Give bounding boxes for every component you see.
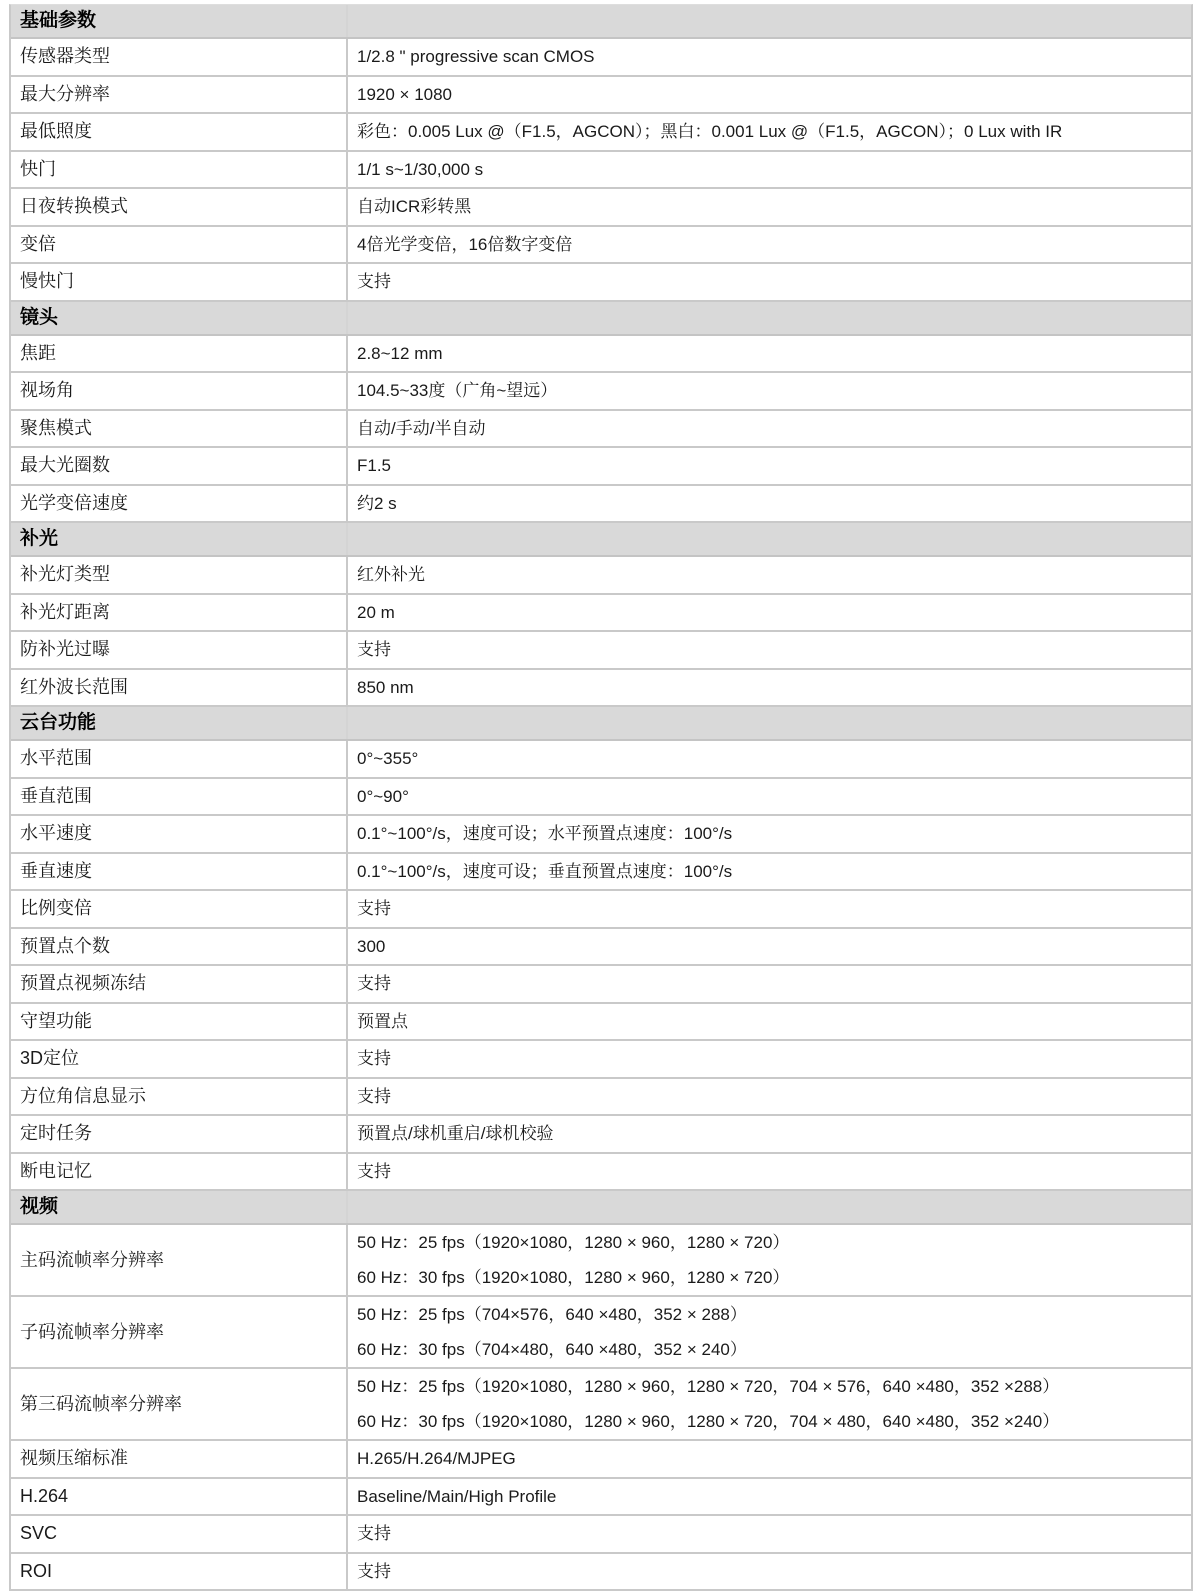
spec-row: 防补光过曝支持 bbox=[11, 632, 1191, 670]
spec-value-line: 60 Hz：30 fps（1920×1080，1280 × 960，1280 ×… bbox=[357, 1404, 1183, 1439]
spec-label: 快门 bbox=[11, 152, 348, 188]
spec-value: 50 Hz：25 fps（1920×1080，1280 × 960，1280 ×… bbox=[348, 1225, 1191, 1295]
spec-value-line: F1.5 bbox=[357, 448, 1183, 483]
spec-row: H.264Baseline/Main/High Profile bbox=[11, 1479, 1191, 1517]
spec-label: 防补光过曝 bbox=[11, 632, 348, 668]
spec-label: 日夜转换模式 bbox=[11, 189, 348, 225]
spec-label: 视频压缩标准 bbox=[11, 1441, 348, 1477]
spec-value: F1.5 bbox=[348, 448, 1191, 484]
section-header-spacer bbox=[348, 523, 1191, 555]
spec-label: 3D定位 bbox=[11, 1041, 348, 1077]
spec-label: 传感器类型 bbox=[11, 39, 348, 75]
spec-value-line: 预置点/球机重启/球机校验 bbox=[357, 1116, 1183, 1151]
spec-label: 水平速度 bbox=[11, 816, 348, 852]
spec-value: 20 m bbox=[348, 595, 1191, 631]
spec-row: 快门1/1 s~1/30,000 s bbox=[11, 152, 1191, 190]
spec-value: 支持 bbox=[348, 1079, 1191, 1115]
spec-row: 红外波长范围850 nm bbox=[11, 670, 1191, 708]
spec-value-line: Baseline/Main/High Profile bbox=[357, 1479, 1183, 1514]
spec-label: 慢快门 bbox=[11, 264, 348, 300]
spec-value: 1920 × 1080 bbox=[348, 77, 1191, 113]
section-header-spacer bbox=[348, 707, 1191, 739]
spec-label: 焦距 bbox=[11, 336, 348, 372]
spec-value-line: 0.1°~100°/s，速度可设；垂直预置点速度：100°/s bbox=[357, 854, 1183, 889]
section-title: 基础参数 bbox=[11, 5, 348, 37]
spec-value: 预置点 bbox=[348, 1004, 1191, 1040]
section-header-row: 镜头 bbox=[11, 302, 1191, 336]
spec-row: 断电记忆支持 bbox=[11, 1154, 1191, 1192]
spec-value: 支持 bbox=[348, 264, 1191, 300]
spec-value-line: 20 m bbox=[357, 595, 1183, 630]
spec-value: 支持 bbox=[348, 1554, 1191, 1590]
spec-row: 水平范围0°~355° bbox=[11, 741, 1191, 779]
spec-value: 约2 s bbox=[348, 486, 1191, 522]
spec-row: SVC支持 bbox=[11, 1516, 1191, 1554]
spec-row: 守望功能预置点 bbox=[11, 1004, 1191, 1042]
spec-row: 3D定位支持 bbox=[11, 1041, 1191, 1079]
spec-value-line: 自动/手动/半自动 bbox=[357, 411, 1183, 446]
section-header-row: 视频 bbox=[11, 1191, 1191, 1225]
spec-value-line: 50 Hz：25 fps（1920×1080，1280 × 960，1280 ×… bbox=[357, 1225, 1183, 1260]
spec-row: 补光灯类型红外补光 bbox=[11, 557, 1191, 595]
spec-label: 定时任务 bbox=[11, 1116, 348, 1152]
spec-value: 300 bbox=[348, 929, 1191, 965]
spec-label: 补光灯类型 bbox=[11, 557, 348, 593]
spec-value-line: 支持 bbox=[357, 1154, 1183, 1189]
spec-value: 支持 bbox=[348, 966, 1191, 1002]
spec-row: 视场角104.5~33度（广角~望远） bbox=[11, 373, 1191, 411]
spec-value-line: 支持 bbox=[357, 1079, 1183, 1114]
spec-value-line: 彩色：0.005 Lux @（F1.5，AGCON）；黑白：0.001 Lux … bbox=[357, 114, 1183, 149]
spec-value: 支持 bbox=[348, 891, 1191, 927]
spec-value-line: 0.1°~100°/s，速度可设；水平预置点速度：100°/s bbox=[357, 816, 1183, 851]
section-title: 补光 bbox=[11, 523, 348, 555]
spec-value: 预置点/球机重启/球机校验 bbox=[348, 1116, 1191, 1152]
section-header-row: 基础参数 bbox=[11, 5, 1191, 39]
spec-value: 支持 bbox=[348, 1154, 1191, 1190]
spec-value-line: 60 Hz：30 fps（1920×1080，1280 × 960，1280 ×… bbox=[357, 1260, 1183, 1295]
spec-row: 慢快门支持 bbox=[11, 264, 1191, 302]
section-title: 镜头 bbox=[11, 302, 348, 334]
spec-value: 自动/手动/半自动 bbox=[348, 411, 1191, 447]
spec-value-line: 支持 bbox=[357, 1554, 1183, 1589]
spec-label: 垂直范围 bbox=[11, 779, 348, 815]
spec-label: 最大分辨率 bbox=[11, 77, 348, 113]
spec-value-line: 支持 bbox=[357, 632, 1183, 667]
spec-label: 守望功能 bbox=[11, 1004, 348, 1040]
spec-value: 红外补光 bbox=[348, 557, 1191, 593]
spec-value: 50 Hz：25 fps（1920×1080，1280 × 960，1280 ×… bbox=[348, 1369, 1191, 1439]
spec-label: 最大光圈数 bbox=[11, 448, 348, 484]
spec-value: Baseline/Main/High Profile bbox=[348, 1479, 1191, 1515]
spec-row: 水平速度0.1°~100°/s，速度可设；水平预置点速度：100°/s bbox=[11, 816, 1191, 854]
spec-value-line: 4倍光学变倍，16倍数字变倍 bbox=[357, 227, 1183, 262]
spec-label: H.264 bbox=[11, 1479, 348, 1515]
spec-value: 50 Hz：25 fps（704×576，640 ×480，352 × 288）… bbox=[348, 1297, 1191, 1367]
spec-value-line: 50 Hz：25 fps（704×576，640 ×480，352 × 288） bbox=[357, 1297, 1183, 1332]
spec-row: ROI支持 bbox=[11, 1554, 1191, 1592]
spec-value: 支持 bbox=[348, 1041, 1191, 1077]
spec-value-line: 约2 s bbox=[357, 486, 1183, 521]
spec-value: 0°~90° bbox=[348, 779, 1191, 815]
spec-label: 补光灯距离 bbox=[11, 595, 348, 631]
spec-label: ROI bbox=[11, 1554, 348, 1590]
spec-row: 垂直范围0°~90° bbox=[11, 779, 1191, 817]
spec-row: 第三码流帧率分辨率50 Hz：25 fps（1920×1080，1280 × 9… bbox=[11, 1369, 1191, 1441]
spec-label: 视场角 bbox=[11, 373, 348, 409]
spec-label: 预置点视频冻结 bbox=[11, 966, 348, 1002]
spec-label: 红外波长范围 bbox=[11, 670, 348, 706]
spec-row: 视频压缩标准H.265/H.264/MJPEG bbox=[11, 1441, 1191, 1479]
spec-value-line: 1/1 s~1/30,000 s bbox=[357, 152, 1183, 187]
section-header-row: 云台功能 bbox=[11, 707, 1191, 741]
spec-value: 104.5~33度（广角~望远） bbox=[348, 373, 1191, 409]
spec-label: 最低照度 bbox=[11, 114, 348, 150]
spec-label: SVC bbox=[11, 1516, 348, 1552]
spec-value: 850 nm bbox=[348, 670, 1191, 706]
spec-value-line: 1/2.8 " progressive scan CMOS bbox=[357, 39, 1183, 74]
spec-value-line: 支持 bbox=[357, 966, 1183, 1001]
spec-row: 补光灯距离20 m bbox=[11, 595, 1191, 633]
spec-label: 光学变倍速度 bbox=[11, 486, 348, 522]
spec-row: 子码流帧率分辨率50 Hz：25 fps（704×576，640 ×480，35… bbox=[11, 1297, 1191, 1369]
spec-row: 预置点个数300 bbox=[11, 929, 1191, 967]
spec-label: 预置点个数 bbox=[11, 929, 348, 965]
section-title: 视频 bbox=[11, 1191, 348, 1223]
spec-row: 方位角信息显示支持 bbox=[11, 1079, 1191, 1117]
spec-value-line: 预置点 bbox=[357, 1004, 1183, 1039]
spec-value-line: 支持 bbox=[357, 1041, 1183, 1076]
spec-value-line: 支持 bbox=[357, 264, 1183, 299]
spec-label: 比例变倍 bbox=[11, 891, 348, 927]
spec-label: 聚焦模式 bbox=[11, 411, 348, 447]
spec-label: 子码流帧率分辨率 bbox=[11, 1297, 348, 1367]
spec-row: 最大分辨率1920 × 1080 bbox=[11, 77, 1191, 115]
spec-row: 聚焦模式自动/手动/半自动 bbox=[11, 411, 1191, 449]
spec-value-line: 60 Hz：30 fps（704×480，640 ×480，352 × 240） bbox=[357, 1332, 1183, 1367]
spec-value: 4倍光学变倍，16倍数字变倍 bbox=[348, 227, 1191, 263]
spec-row: 光学变倍速度约2 s bbox=[11, 486, 1191, 524]
spec-value-line: 支持 bbox=[357, 1516, 1183, 1551]
spec-label: 方位角信息显示 bbox=[11, 1079, 348, 1115]
spec-value-line: H.265/H.264/MJPEG bbox=[357, 1441, 1183, 1476]
spec-value-line: 300 bbox=[357, 929, 1183, 964]
spec-value: 0°~355° bbox=[348, 741, 1191, 777]
spec-value-line: 104.5~33度（广角~望远） bbox=[357, 373, 1183, 408]
spec-row: 垂直速度0.1°~100°/s，速度可设；垂直预置点速度：100°/s bbox=[11, 854, 1191, 892]
section-header-spacer bbox=[348, 302, 1191, 334]
spec-value: 0.1°~100°/s，速度可设；水平预置点速度：100°/s bbox=[348, 816, 1191, 852]
spec-value-line: 850 nm bbox=[357, 670, 1183, 705]
spec-value: 1/1 s~1/30,000 s bbox=[348, 152, 1191, 188]
spec-label: 变倍 bbox=[11, 227, 348, 263]
spec-row: 变倍4倍光学变倍，16倍数字变倍 bbox=[11, 227, 1191, 265]
spec-value-line: 支持 bbox=[357, 891, 1183, 926]
spec-value: 0.1°~100°/s，速度可设；垂直预置点速度：100°/s bbox=[348, 854, 1191, 890]
spec-value-line: 50 Hz：25 fps（1920×1080，1280 × 960，1280 ×… bbox=[357, 1369, 1183, 1404]
spec-row: 传感器类型1/2.8 " progressive scan CMOS bbox=[11, 39, 1191, 77]
spec-value-line: 自动ICR彩转黑 bbox=[357, 189, 1183, 224]
spec-row: 最大光圈数F1.5 bbox=[11, 448, 1191, 486]
spec-value: 1/2.8 " progressive scan CMOS bbox=[348, 39, 1191, 75]
spec-value: 支持 bbox=[348, 632, 1191, 668]
section-header-row: 补光 bbox=[11, 523, 1191, 557]
spec-label: 主码流帧率分辨率 bbox=[11, 1225, 348, 1295]
spec-value: 自动ICR彩转黑 bbox=[348, 189, 1191, 225]
spec-row: 预置点视频冻结支持 bbox=[11, 966, 1191, 1004]
spec-row: 焦距2.8~12 mm bbox=[11, 336, 1191, 374]
section-title: 云台功能 bbox=[11, 707, 348, 739]
spec-row: 最低照度彩色：0.005 Lux @（F1.5，AGCON）；黑白：0.001 … bbox=[11, 114, 1191, 152]
section-header-spacer bbox=[348, 5, 1191, 37]
spec-value-line: 0°~90° bbox=[357, 779, 1183, 814]
spec-row: 定时任务预置点/球机重启/球机校验 bbox=[11, 1116, 1191, 1154]
spec-value-line: 2.8~12 mm bbox=[357, 336, 1183, 371]
spec-value: H.265/H.264/MJPEG bbox=[348, 1441, 1191, 1477]
spec-table: 基础参数传感器类型1/2.8 " progressive scan CMOS最大… bbox=[9, 4, 1193, 1591]
spec-value: 彩色：0.005 Lux @（F1.5，AGCON）；黑白：0.001 Lux … bbox=[348, 114, 1191, 150]
spec-label: 断电记忆 bbox=[11, 1154, 348, 1190]
spec-label: 垂直速度 bbox=[11, 854, 348, 890]
spec-row: 日夜转换模式自动ICR彩转黑 bbox=[11, 189, 1191, 227]
spec-label: 第三码流帧率分辨率 bbox=[11, 1369, 348, 1439]
spec-value-line: 红外补光 bbox=[357, 557, 1183, 592]
section-header-spacer bbox=[348, 1191, 1191, 1223]
spec-value-line: 1920 × 1080 bbox=[357, 77, 1183, 112]
spec-value: 2.8~12 mm bbox=[348, 336, 1191, 372]
spec-label: 水平范围 bbox=[11, 741, 348, 777]
spec-value-line: 0°~355° bbox=[357, 741, 1183, 776]
spec-row: 比例变倍支持 bbox=[11, 891, 1191, 929]
spec-value: 支持 bbox=[348, 1516, 1191, 1552]
spec-row: 主码流帧率分辨率50 Hz：25 fps（1920×1080，1280 × 96… bbox=[11, 1225, 1191, 1297]
